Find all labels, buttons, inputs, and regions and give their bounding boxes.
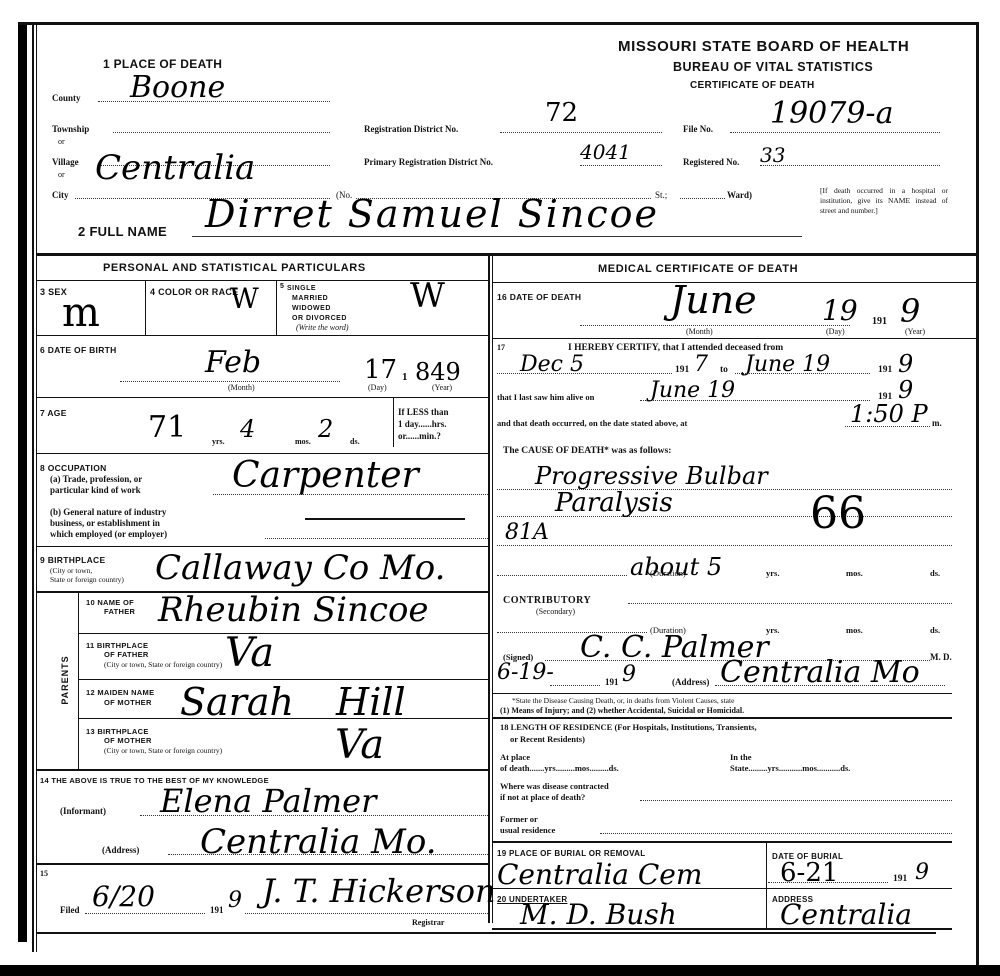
cause-margin-code: 81A (505, 520, 549, 545)
occupation-a-1: (a) Trade, profession, or (50, 474, 142, 484)
file-no-line (730, 132, 940, 133)
signed-date-line (550, 685, 600, 686)
duration-ds-2: ds. (930, 625, 940, 635)
primary-registration-value: 4041 (580, 140, 631, 164)
registrar-value: J. T. Hickerson (262, 872, 496, 910)
attended-to: June 19 (745, 352, 830, 377)
ward-line (680, 198, 725, 199)
attended-from-year-prefix: 191 (675, 365, 689, 375)
medical-divider-4 (492, 841, 952, 843)
contributory-line (628, 603, 952, 604)
registration-district-value: 72 (545, 98, 578, 128)
frame-bottom-bar (0, 965, 1000, 976)
duration-mos-2: mos. (846, 625, 863, 635)
contributory-label: CONTRIBUTORY (503, 595, 591, 606)
hospital-note: [If death occurred in a hospital or inst… (820, 186, 948, 216)
former-2: usual residence (500, 825, 555, 835)
cause-line1: Progressive Bulbar (535, 462, 768, 490)
informant-label: (Informant) (60, 806, 106, 816)
medical-section-title: MEDICAL CERTIFICATE OF DEATH (598, 263, 798, 275)
or-text-2: or (58, 170, 65, 179)
to-label: to (720, 365, 728, 375)
occupation-a-2: particular kind of work (50, 485, 141, 495)
less-than-day-3: or......min.? (398, 431, 441, 441)
dod-month: June (670, 278, 757, 322)
in-state-1: In the (730, 752, 752, 762)
undertaker-address-value: Centralia (780, 898, 912, 931)
secondary-hint: (Secondary) (536, 607, 575, 616)
marital-option-single: SINGLE (287, 284, 316, 293)
at-place-2: of death.......yrs.........mos.........d… (500, 763, 619, 773)
color-divider (276, 280, 277, 335)
color-label: 4 COLOR OR RACE (150, 287, 239, 297)
frame-inner-left (32, 22, 34, 952)
birthplace-label: 9 BIRTHPLACE (40, 555, 105, 565)
dod-year-prefix: 191 (872, 316, 887, 327)
file-no-value: 19079-a (770, 96, 893, 131)
birthplace-hint-2: State or foreign country) (50, 575, 124, 584)
cause-line-3 (497, 545, 952, 546)
day-hint: (Day) (368, 383, 387, 392)
doctor-address-label: (Address) (672, 677, 709, 687)
dod-label: 16 DATE OF DEATH (497, 292, 581, 302)
medical-divider-2 (492, 693, 952, 694)
age-years: 71 (148, 410, 186, 445)
informant-value: Elena Palmer (160, 782, 376, 820)
occupation-value: Carpenter (232, 455, 419, 496)
filed-date-value: 6/20 (92, 880, 155, 913)
marital-value: W (410, 276, 445, 316)
m-label: m. (932, 418, 942, 428)
age-mos-label: mos. (295, 437, 311, 446)
burial-row-divider (492, 888, 952, 889)
full-name-line (192, 236, 802, 237)
contracted-line (640, 800, 952, 801)
board-title: MISSOURI STATE BOARD OF HEALTH (618, 38, 909, 55)
signed-year-prefix: 191 (605, 677, 619, 687)
burial-place-label: 19 PLACE OF BURIAL OR REMOVAL (497, 849, 645, 858)
registrar-label: Registrar (412, 918, 444, 927)
dob-year: 849 (415, 358, 461, 386)
cause-label: The CAUSE OF DEATH* was as follows: (503, 446, 671, 456)
contracted-2: if not at place of death? (500, 792, 585, 802)
center-divider (488, 253, 490, 923)
occupation-b-2: business, or establishment in (50, 518, 160, 528)
father-name-label-2: FATHER (104, 607, 135, 616)
county-label: County (52, 93, 81, 103)
mother-birthplace-label-1: 13 BIRTHPLACE (86, 727, 149, 736)
age-label: 7 AGE (40, 408, 67, 418)
dob-day: 17 (364, 355, 397, 385)
full-name-label: 2 FULL NAME (78, 224, 167, 239)
village-label: Village (52, 157, 79, 167)
age-days: 2 (318, 415, 333, 443)
father-name-value: Rheubin Sincoe (158, 590, 429, 630)
registration-district-label: Registration District No. (364, 124, 458, 134)
row-divider-3 (36, 453, 488, 454)
filed-num: 15 (40, 869, 48, 878)
bottom-line (36, 932, 936, 934)
age-ds-label: ds. (350, 437, 360, 446)
township-label: Township (52, 124, 89, 134)
less-than-day-1: If LESS than (398, 407, 449, 418)
parents-side-label: PARENTS (60, 645, 70, 715)
father-birthplace-label-1: 11 BIRTHPLACE (86, 641, 148, 650)
burial-date-value: 6-21 (780, 858, 838, 888)
registrar-line (245, 913, 488, 914)
burial-year-prefix: 191 (893, 874, 907, 884)
row-divider-4 (36, 546, 488, 547)
parents-side-divider (78, 591, 79, 771)
footnote-1: *State the Disease Causing Death, or, in… (512, 696, 734, 705)
dod-line (580, 325, 850, 326)
frame-top (18, 22, 978, 25)
residence-label-2: or Recent Residents) (510, 734, 585, 744)
last-saw-value: June 19 (650, 378, 735, 403)
occurred-time: 1:50 P (850, 400, 928, 428)
former-1: Former or (500, 814, 538, 824)
birthplace-value: Callaway Co Mo. (155, 548, 445, 588)
burial-place-value: Centralia Cem (497, 858, 702, 891)
dod-month-hint: (Month) (686, 327, 713, 336)
center-divider-2 (492, 253, 493, 923)
dob-year-prefix: 1 (402, 371, 408, 383)
registered-no-line (760, 165, 940, 166)
attended-to-year-prefix: 191 (878, 365, 892, 375)
in-state-2: State.........yrs...........mos.........… (730, 763, 850, 773)
occupation-b-3: which employed (or employer) (50, 529, 167, 539)
duration-ds-1: ds. (930, 568, 940, 578)
filed-date-line (85, 913, 205, 914)
parents-divider-3 (78, 718, 488, 719)
bureau-title: BUREAU OF VITAL STATISTICS (673, 60, 873, 74)
registration-district-line (500, 132, 662, 133)
duration-yrs-1: yrs. (766, 568, 779, 578)
row-divider-6 (36, 769, 488, 771)
father-birthplace-label-2: OF FATHER (104, 650, 149, 659)
attended-to-year: 9 (898, 350, 913, 378)
or-text-1: or (58, 137, 65, 146)
dob-month-line (120, 381, 340, 382)
marital-num: 5 (280, 282, 284, 291)
last-saw-alive-on: alive on (566, 392, 594, 402)
informant-address-label: (Address) (102, 845, 139, 855)
dod-day-hint: (Day) (826, 327, 845, 336)
duration-label-1: (Duration) (650, 568, 686, 578)
footnote-2: (1) Means of Injury; and (2) whether Acc… (500, 706, 744, 715)
mother-name-label-2: OF MOTHER (104, 698, 152, 707)
mother-name-label-1: 12 MAIDEN NAME (86, 688, 154, 697)
burial-year: 9 (915, 860, 929, 885)
registered-no-label: Registered No. (683, 157, 739, 167)
dob-label: 6 DATE OF BIRTH (40, 345, 117, 355)
month-hint: (Month) (228, 383, 255, 392)
ward-label: Ward) (727, 190, 752, 200)
parents-divider-1 (78, 633, 488, 634)
occupation-b-1: (b) General nature of industry (50, 507, 166, 517)
occupation-b-dash (305, 518, 465, 520)
sex-value: m (62, 290, 100, 336)
grid-top-line (36, 253, 976, 256)
duration-line-1 (497, 575, 627, 576)
city-value: Centralia (95, 148, 255, 188)
filed-year-prefix: 191 (210, 905, 224, 915)
registered-no-value: 33 (760, 143, 785, 167)
residence-label: 18 LENGTH OF RESIDENCE (For Hospitals, I… (500, 722, 757, 732)
file-no-label: File No. (683, 124, 713, 134)
age-months: 4 (240, 415, 255, 443)
father-birthplace-value: Va (225, 630, 274, 676)
father-name-label-1: 10 NAME OF (86, 598, 134, 607)
contracted-1: Where was disease contracted (500, 781, 609, 791)
signed-year: 9 (622, 662, 636, 687)
age-less-divider (393, 397, 394, 447)
medical-divider-1 (492, 338, 976, 339)
occupation-label: 8 OCCUPATION (40, 463, 107, 473)
marital-hint: (Write the word) (296, 323, 349, 332)
certificate-title: CERTIFICATE OF DEATH (690, 80, 815, 91)
full-name-value: Dirret Samuel Sincoe (205, 192, 659, 236)
frame-border-left (18, 22, 27, 942)
last-saw-him: im (555, 392, 564, 402)
year-hint: (Year) (432, 383, 452, 392)
mother-birthplace-hint: (City or town, State or foreign country) (104, 746, 222, 755)
occurred-text: and that death occurred, on the date sta… (497, 418, 687, 428)
age-yrs-label: yrs. (212, 437, 225, 446)
medical-divider-3 (492, 717, 952, 719)
informant-address-value: Centralia Mo. (200, 822, 437, 862)
frame-right (976, 22, 979, 967)
mother-birthplace-label-2: OF MOTHER (104, 736, 152, 745)
occupation-b-line (265, 538, 488, 539)
row-divider-1 (36, 335, 488, 336)
last-saw-prefix: that I last saw h (497, 392, 555, 402)
doctor-address-value: Centralia Mo (720, 655, 920, 690)
personal-section-title: PERSONAL AND STATISTICAL PARTICULARS (103, 262, 366, 274)
primary-registration-line (580, 165, 662, 166)
county-value: Boone (130, 70, 225, 105)
place-of-death-label: 1 PLACE OF DEATH (103, 57, 222, 71)
sex-divider (145, 280, 146, 335)
dod-year-hint: (Year) (905, 327, 925, 336)
attended-from: Dec 5 (520, 352, 584, 377)
dod-day: 19 (822, 294, 858, 327)
attended-from-year: 7 (694, 352, 708, 377)
certify-num: 17 (497, 343, 505, 352)
row-divider-7 (36, 863, 488, 865)
birthplace-hint-1: (City or town, (50, 566, 92, 575)
signed-date: 6-19- (497, 660, 554, 685)
cause-code: 66 (810, 488, 866, 539)
township-line (113, 132, 330, 133)
less-than-day-2: 1 day......hrs. (398, 419, 447, 429)
md-label: M. D. (930, 652, 952, 662)
dob-month: Feb (205, 345, 261, 380)
frame-inner-left-2 (36, 22, 37, 952)
burial-divider (766, 842, 767, 930)
city-label: City (52, 190, 69, 200)
at-place-1: At place (500, 752, 530, 762)
cause-line2: Paralysis (555, 488, 673, 518)
marital-option-married: MARRIED (292, 294, 328, 303)
duration-mos-1: mos. (846, 568, 863, 578)
primary-registration-label: Primary Registration District No. (364, 157, 493, 167)
row-divider-2 (36, 397, 488, 398)
filed-year-value: 9 (228, 888, 242, 913)
filed-label: Filed (60, 905, 80, 915)
marital-option-divorced: OR DIVORCED (292, 314, 347, 323)
last-saw-text: that I last saw him alive on (497, 392, 594, 402)
marital-option-widowed: WIDOWED (292, 304, 331, 313)
father-birthplace-hint: (City or town, State or foreign country) (104, 660, 222, 669)
undertaker-value: M. D. Bush (520, 898, 677, 931)
dod-year: 9 (900, 292, 920, 330)
mother-birthplace-value: Va (335, 722, 384, 768)
burial-bottom-line (492, 928, 952, 930)
former-line (600, 833, 952, 834)
color-value: W (230, 282, 259, 315)
